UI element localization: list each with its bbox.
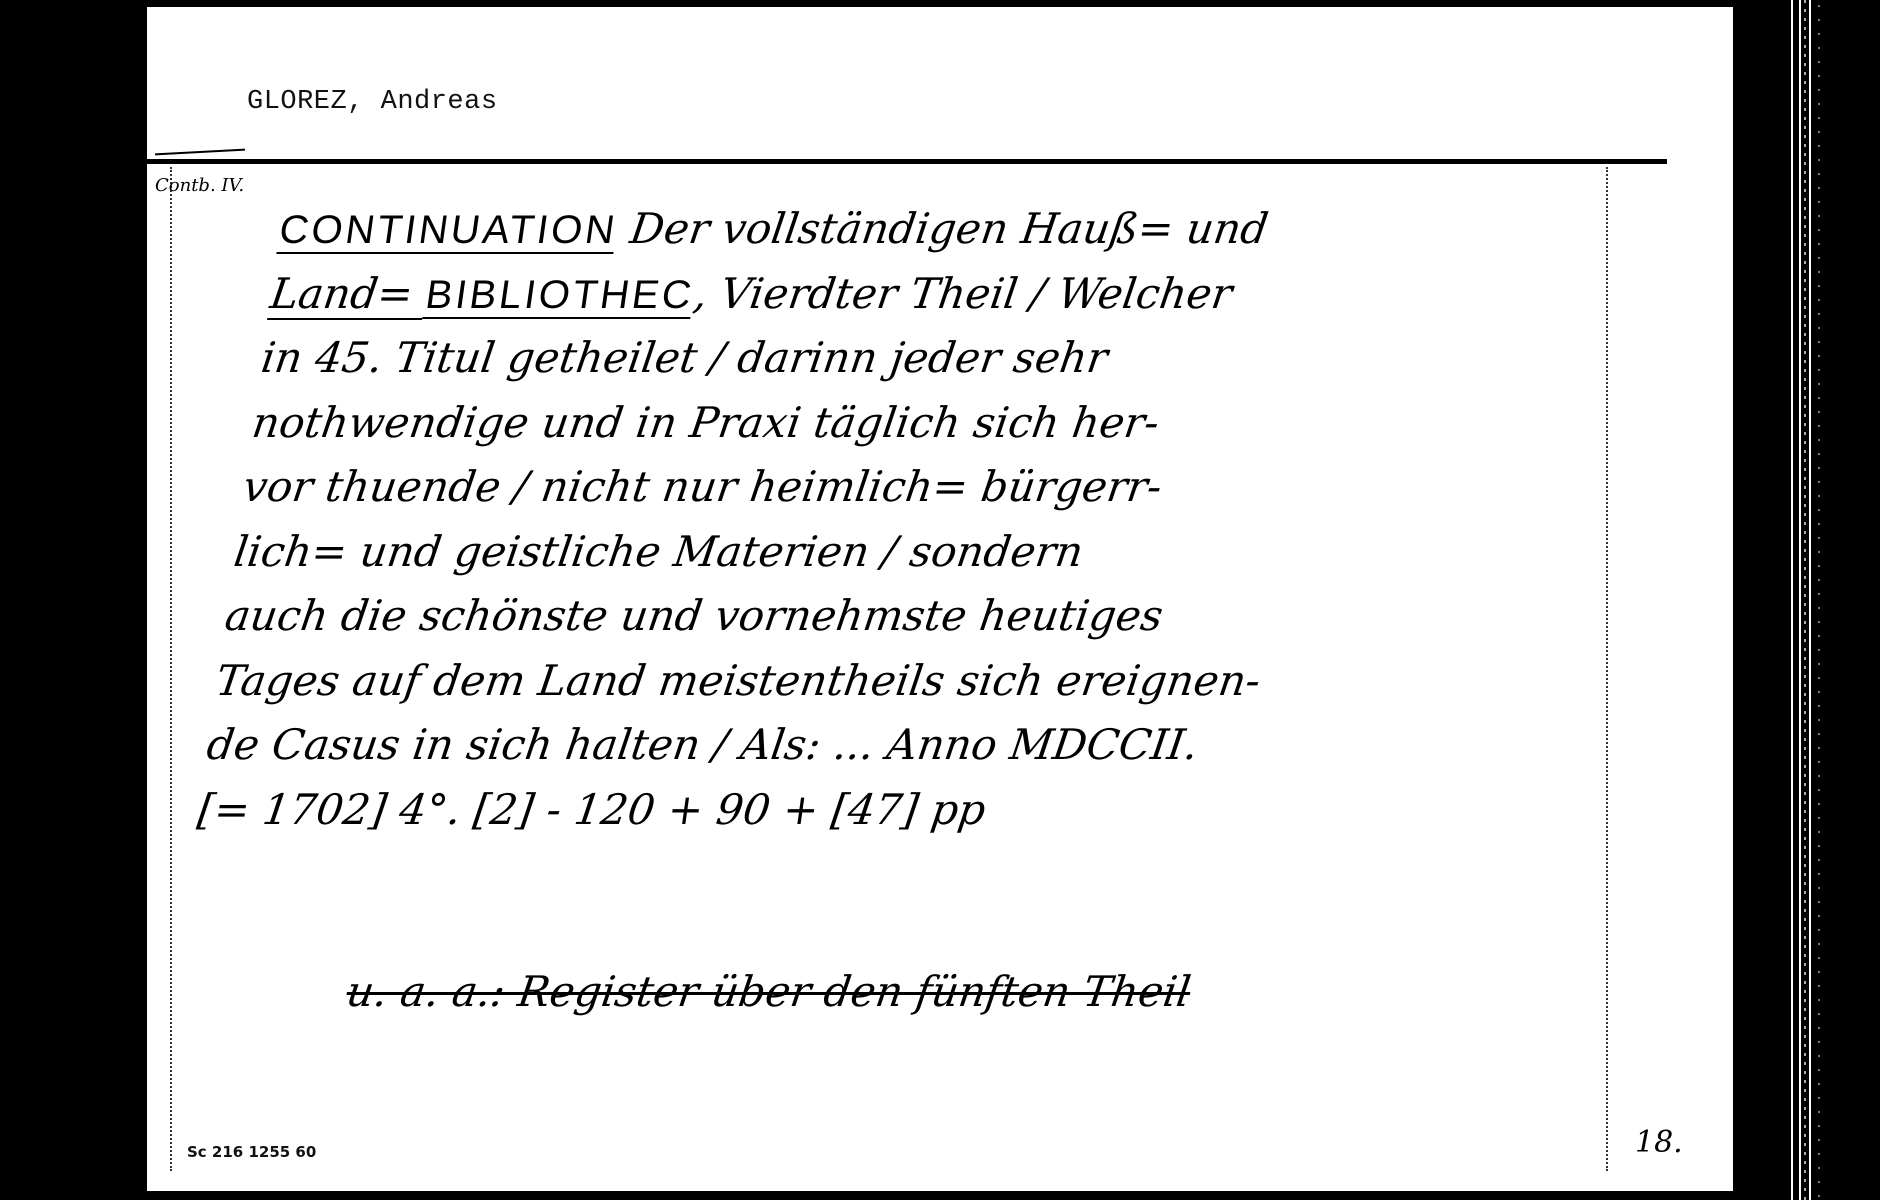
entry-line: vor thuende / nicht nur heimlich= bürger… [239,455,1608,520]
collation-line: [= 1702] 4°. [2] - 120 + 90 + [47] pp [194,778,1563,843]
margin-note: Contb. IV. [155,175,244,196]
handwritten-entry: CONTINUATION Der vollständigen Hauß= und… [194,197,1645,842]
scan-noise-band [1800,0,1832,1200]
author-heading: GLOREZ, Andreas [247,87,498,117]
entry-text: Der vollständigen Hauß= und [614,204,1271,253]
entry-line: auch die schönste und vornehmste heutige… [221,584,1590,649]
entry-line: nothwendige und in Praxi täglich sich he… [248,391,1617,456]
entry-text: Land= [267,269,430,320]
title-caps: BIBLIOTHEC [423,273,697,319]
entry-line: de Casus in sich halten / Als: ... Anno … [203,713,1572,778]
card-print-code: Sc 216 1255 60 [187,1143,316,1161]
scan-edge-stripe [1791,0,1793,1200]
heading-rule [147,159,1667,164]
catalog-card: GLOREZ, Andreas Contb. IV. CONTINUATION … [147,7,1733,1191]
struck-through-note: u. a. a.: Register über den fünften Thei… [344,967,1194,1016]
entry-line: in 45. Titul getheilet / darinn jeder se… [257,326,1626,391]
page-number: 18. [1635,1125,1683,1160]
rule-stub [155,149,245,156]
entry-text: , Vierdter Theil / Welcher [691,269,1236,318]
entry-line: lich= und geistliche Materien / sondern [230,520,1599,585]
entry-line: Tages auf dem Land meistentheils sich er… [212,649,1581,714]
entry-line: Land= BIBLIOTHEC, Vierdter Theil / Welch… [266,262,1635,327]
entry-line: CONTINUATION Der vollständigen Hauß= und [275,197,1644,262]
left-margin-guide [170,167,172,1171]
title-caps: CONTINUATION [276,208,620,254]
